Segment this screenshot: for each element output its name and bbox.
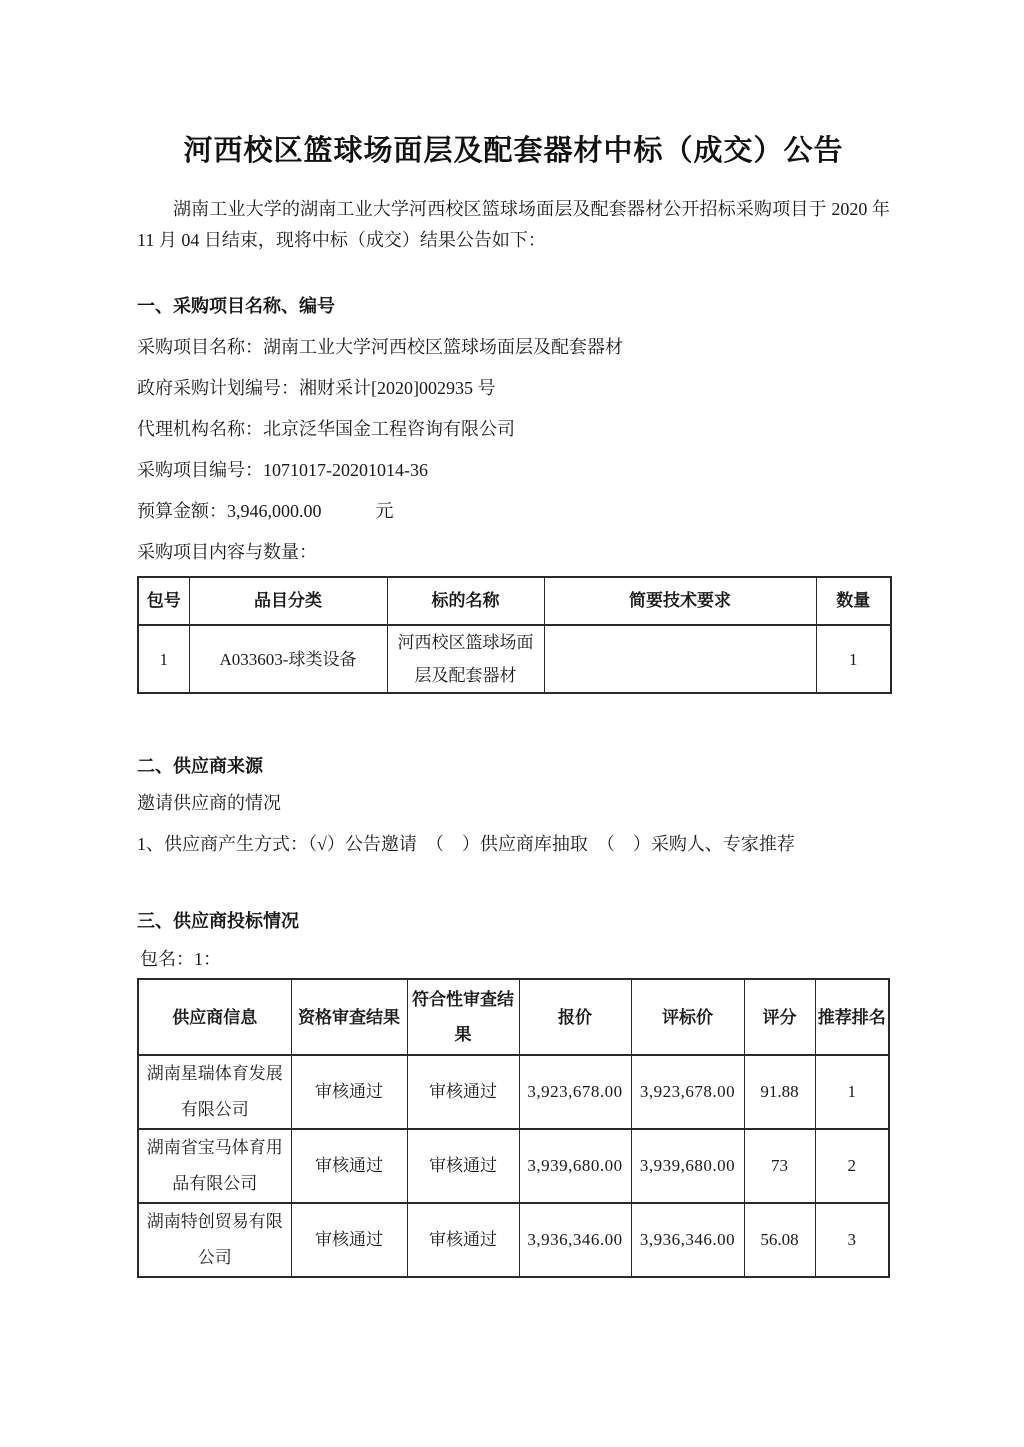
cell-supplier: 湖南省宝马体育用品有限公司 — [138, 1129, 291, 1203]
header-tech-requirements: 简要技术要求 — [544, 577, 816, 625]
section-1-heading: 一、采购项目名称、编号 — [137, 294, 890, 318]
package-table-header-row: 包号 品目分类 标的名称 简要技术要求 数量 — [138, 577, 891, 625]
document-content: 河西校区篮球场面层及配套器材中标（成交）公告 湖南工业大学的湖南工业大学河西校区… — [137, 130, 890, 1278]
invite-supplier-line: 邀请供应商的情况 — [137, 791, 890, 815]
header-subject-name: 标的名称 — [387, 577, 544, 625]
document-page: 河西校区篮球场面层及配套器材中标（成交）公告 湖南工业大学的湖南工业大学河西校区… — [0, 0, 1024, 1447]
cell-conformity-result: 审核通过 — [407, 1055, 519, 1129]
field-plan-number: 政府采购计划编号：湘财采计[2020]002935 号 — [137, 376, 890, 400]
table-row: 湖南省宝马体育用品有限公司 审核通过 审核通过 3,939,680.00 3,9… — [138, 1129, 889, 1203]
bid-table: 供应商信息 资格审查结果 符合性审查结果 报价 评标价 评分 推荐排名 湖南星瑞… — [137, 978, 890, 1278]
table-row: 1 A033603-球类设备 河西校区篮球场面层及配套器材 1 — [138, 625, 891, 693]
cell-supplier: 湖南特创贸易有限公司 — [138, 1203, 291, 1277]
cell-package-no: 1 — [138, 625, 189, 693]
header-category: 品目分类 — [189, 577, 387, 625]
cell-rank: 3 — [815, 1203, 889, 1277]
header-rank: 推荐排名 — [815, 979, 889, 1055]
cell-score: 56.08 — [744, 1203, 815, 1277]
cell-quantity: 1 — [816, 625, 891, 693]
header-qualification-result: 资格审查结果 — [291, 979, 407, 1055]
supplier-method-line: 1、供应商产生方式：（√）公告邀请 （ ）供应商库抽取 （ ）采购人、专家推荐 — [137, 832, 890, 856]
cell-bid-price: 3,939,680.00 — [519, 1129, 631, 1203]
cell-score: 73 — [744, 1129, 815, 1203]
section-3-heading: 三、供应商投标情况 — [137, 909, 890, 933]
cell-evaluated-price: 3,923,678.00 — [631, 1055, 744, 1129]
document-title: 河西校区篮球场面层及配套器材中标（成交）公告 — [137, 130, 890, 172]
header-evaluated-price: 评标价 — [631, 979, 744, 1055]
field-project-number: 采购项目编号：1071017-20201014-36 — [137, 458, 890, 482]
header-conformity-result: 符合性审查结果 — [407, 979, 519, 1055]
table-row: 湖南星瑞体育发展有限公司 审核通过 审核通过 3,923,678.00 3,92… — [138, 1055, 889, 1129]
cell-category: A033603-球类设备 — [189, 625, 387, 693]
field-budget-amount: 预算金额：3,946,000.00 元 — [137, 499, 890, 523]
cell-conformity-result: 审核通过 — [407, 1203, 519, 1277]
package-table: 包号 品目分类 标的名称 简要技术要求 数量 1 A033603-球类设备 河西… — [137, 576, 892, 694]
cell-tech-requirements — [544, 625, 816, 693]
field-content-quantity: 采购项目内容与数量： — [137, 540, 890, 564]
bid-table-header-row: 供应商信息 资格审查结果 符合性审查结果 报价 评标价 评分 推荐排名 — [138, 979, 889, 1055]
cell-score: 91.88 — [744, 1055, 815, 1129]
header-package-no: 包号 — [138, 577, 189, 625]
table-row: 湖南特创贸易有限公司 审核通过 审核通过 3,936,346.00 3,936,… — [138, 1203, 889, 1277]
field-project-name: 采购项目名称：湖南工业大学河西校区篮球场面层及配套器材 — [137, 335, 890, 359]
cell-evaluated-price: 3,936,346.00 — [631, 1203, 744, 1277]
package-name-label: 包名：1： — [137, 947, 890, 971]
cell-qualification-result: 审核通过 — [291, 1129, 407, 1203]
cell-qualification-result: 审核通过 — [291, 1203, 407, 1277]
cell-bid-price: 3,936,346.00 — [519, 1203, 631, 1277]
cell-rank: 1 — [815, 1055, 889, 1129]
cell-rank: 2 — [815, 1129, 889, 1203]
cell-evaluated-price: 3,939,680.00 — [631, 1129, 744, 1203]
header-supplier-info: 供应商信息 — [138, 979, 291, 1055]
cell-conformity-result: 审核通过 — [407, 1129, 519, 1203]
header-score: 评分 — [744, 979, 815, 1055]
cell-supplier: 湖南星瑞体育发展有限公司 — [138, 1055, 291, 1129]
intro-paragraph: 湖南工业大学的湖南工业大学河西校区篮球场面层及配套器材公开招标采购项目于 202… — [137, 194, 890, 256]
field-agency-name: 代理机构名称：北京泛华国金工程咨询有限公司 — [137, 417, 890, 441]
cell-subject-name: 河西校区篮球场面层及配套器材 — [387, 625, 544, 693]
header-bid-price: 报价 — [519, 979, 631, 1055]
cell-qualification-result: 审核通过 — [291, 1055, 407, 1129]
header-quantity: 数量 — [816, 577, 891, 625]
section-2-heading: 二、供应商来源 — [137, 754, 890, 778]
cell-bid-price: 3,923,678.00 — [519, 1055, 631, 1129]
